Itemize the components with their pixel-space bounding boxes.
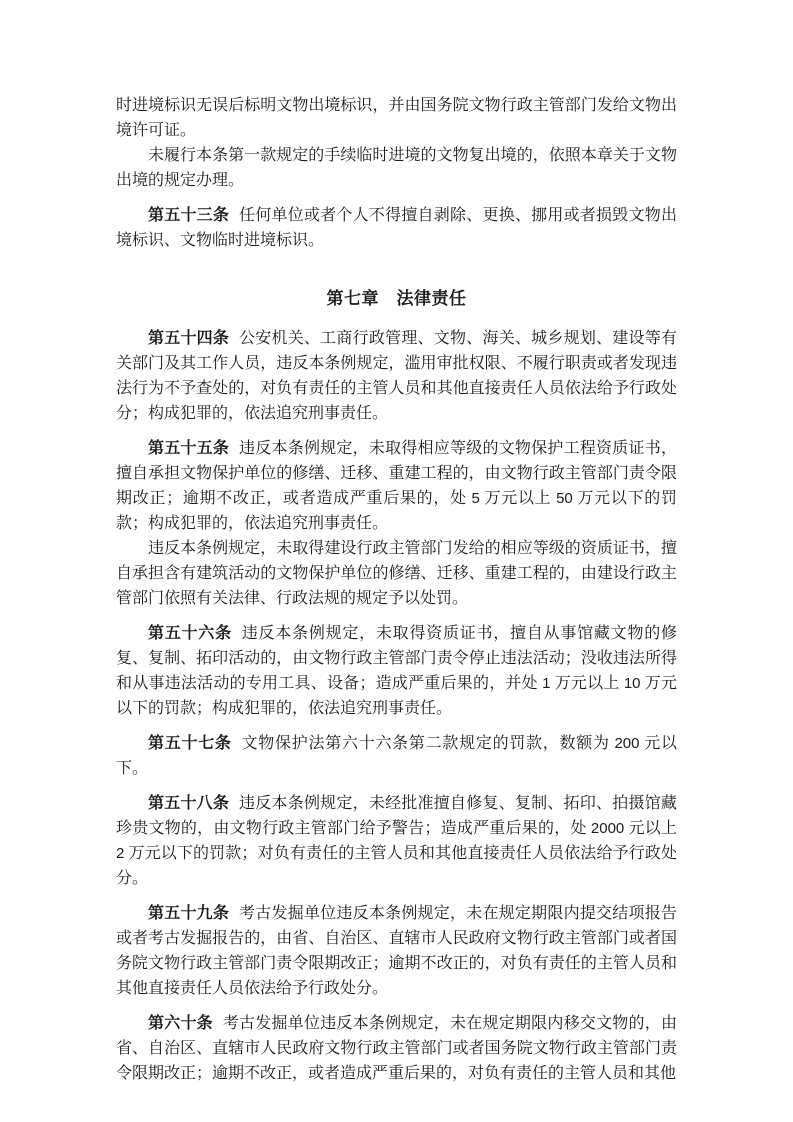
article-number: 第五十八条 <box>148 795 229 812</box>
numeral: 200 <box>614 735 639 752</box>
body-paragraph: 违反本条例规定，未取得建设行政主管部门发给的相应等级的资质证书，擅自承担含有建筑… <box>116 536 677 611</box>
numeral: 2000 <box>591 820 624 837</box>
chapter-heading-text: 第七章 法律责任 <box>327 289 467 308</box>
article-number: 第六十条 <box>148 1015 213 1032</box>
numeral: 1 <box>542 675 550 692</box>
article-number: 第五十六条 <box>148 625 232 642</box>
numeral: 2 <box>116 845 124 862</box>
chapter-heading: 第七章 法律责任 <box>116 286 677 311</box>
numeral: 50 <box>556 490 573 507</box>
article-paragraph: 第五十四条公安机关、工商行政管理、文物、海关、城乡规划、建设等有关部门及其工作人… <box>116 326 677 426</box>
article-paragraph: 第六十条考古发掘单位违反本条例规定，未在规定期限内移交文物的，由省、自治区、直辖… <box>116 1011 677 1086</box>
body-paragraph: 时进境标识无误后标明文物出境标识，并由国务院文物行政主管部门发给文物出境许可证。 <box>116 93 677 143</box>
numeral: 10 <box>624 675 641 692</box>
article-number: 第五十四条 <box>148 330 229 347</box>
article-paragraph: 第五十七条文物保护法第六十六条第二款规定的罚款，数额为 200 元以下。 <box>116 731 677 781</box>
paragraph-text: 未履行本条第一款规定的手续临时进境的文物复出境的，依照本章关于文物出境的规定办理… <box>116 147 677 189</box>
article-number: 第五十七条 <box>148 735 232 752</box>
document-content: 时进境标识无误后标明文物出境标识，并由国务院文物行政主管部门发给文物出境许可证。… <box>0 0 793 1086</box>
numeral: 5 <box>471 490 479 507</box>
article-paragraph: 第五十六条违反本条例规定，未取得资质证书，擅自从事馆藏文物的修复、复制、拓印活动… <box>116 621 677 721</box>
paragraph-text: 违反本条例规定，未取得建设行政主管部门发给的相应等级的资质证书，擅自承担含有建筑… <box>116 540 677 607</box>
paragraph-text: 时进境标识无误后标明文物出境标识，并由国务院文物行政主管部门发给文物出境许可证。 <box>116 97 677 139</box>
article-number: 第五十三条 <box>148 207 229 224</box>
article-paragraph: 第五十五条违反本条例规定，未取得相应等级的文物保护工程资质证书，擅自承担文物保护… <box>116 436 677 536</box>
document-page: 时进境标识无误后标明文物出境标识，并由国务院文物行政主管部门发给文物出境许可证。… <box>0 0 793 1122</box>
article-number: 第五十五条 <box>148 440 229 457</box>
article-paragraph: 第五十三条任何单位或者个人不得擅自剥除、更换、挪用或者损毁文物出境标识、文物临时… <box>116 203 677 253</box>
article-paragraph: 第五十八条违反本条例规定，未经批准擅自修复、复制、拓印、拍摄馆藏珍贵文物的，由文… <box>116 791 677 891</box>
article-number: 第五十九条 <box>148 905 229 922</box>
article-paragraph: 第五十九条考古发掘单位违反本条例规定，未在规定期限内提交结项报告或者考古发掘报告… <box>116 901 677 1001</box>
body-paragraph: 未履行本条第一款规定的手续临时进境的文物复出境的，依照本章关于文物出境的规定办理… <box>116 143 677 193</box>
